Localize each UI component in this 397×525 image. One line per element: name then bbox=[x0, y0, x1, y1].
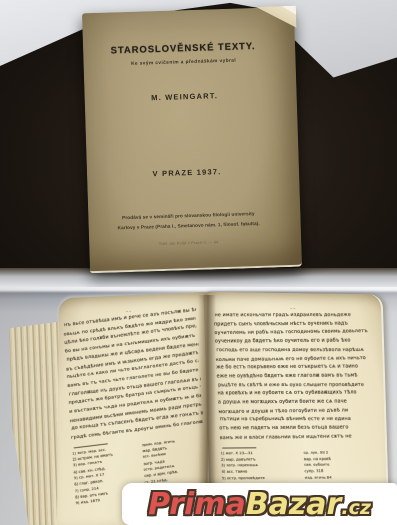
watermark-bazar: Bazar bbox=[246, 487, 342, 522]
watermark-prima: Prima bbox=[148, 487, 246, 522]
left-page-text: – – нъ вьсе отъвѣща имъ и рече се азъ по… bbox=[62, 300, 207, 507]
book-sale-note: Prodává se v semináři pro slovanskou fil… bbox=[82, 208, 294, 234]
watermark-cz: .cz bbox=[341, 497, 371, 519]
right-page-footnotes: 1) мат. X 23—312) мар. довълетъ3) зогр. … bbox=[220, 449, 381, 482]
text-line: еже не оувѣдѣно бѫдетъ еже глаголѭ вамъ … bbox=[217, 372, 376, 382]
listing-photo-collage: STAROSLOVĚNSKÉ TEXTY. Ke svým cvičením a… bbox=[0, 0, 397, 525]
text-line: пътици на съребрьницѣ вѣнимѣ есте и ни е… bbox=[220, 416, 379, 425]
book-subtitle: Ke svým cvičením a přednáškám vybral bbox=[78, 57, 290, 69]
book-title: STAROSLOVĚNSKÉ TEXTY. bbox=[77, 40, 289, 58]
text-line: оученикоу да бѫдетъ ѣко оучитель его и р… bbox=[215, 338, 374, 348]
footnote-line: изд. ягичь 84 bbox=[305, 474, 381, 481]
text-line: вамъ же и власи главьнии вьси ищьтени сѫ… bbox=[220, 433, 379, 444]
book-cover-photo: STAROSLOVĚNSKÉ TEXTY. Ke svým cvičením a… bbox=[0, 0, 397, 287]
left-page-body: нъ вьсе отъвѣща имъ и рече се азъ посълѭ… bbox=[63, 307, 203, 444]
right-page-body: не имате исконьчати градъ издраилевъ дон… bbox=[213, 311, 379, 443]
book-imprint: Tiskl Jan Kolář v Praze II. — 84. bbox=[83, 238, 295, 249]
right-page-text: – – не имате исконьчати градъ издраилевъ… bbox=[213, 304, 381, 481]
open-book-photo: – – нъ вьсе отъвѣща имъ и рече се азъ по… bbox=[0, 287, 397, 525]
footnote-line: 2) мар. довълетъ bbox=[221, 456, 297, 463]
book-place-year: V PRAZE 1937. bbox=[81, 165, 293, 181]
text-line: рьцѣте въ свѣтѣ и еже въ оухо слышите пр… bbox=[218, 382, 377, 391]
footnote-rule bbox=[222, 447, 256, 448]
book-cover: STAROSLOVĚNSKÉ TEXTY. Ke svým cvičením a… bbox=[82, 7, 302, 274]
text-line: кольми паче домашьнѧѩ его не оубоите сѧ … bbox=[216, 354, 375, 365]
footnote-line: 5) остр. проповѣдите bbox=[222, 475, 298, 482]
footnote-column: ср. лук. XII 2вар. на кровѣсав. оубоитес… bbox=[303, 449, 381, 481]
cover-text: STAROSLOVĚNSKÉ TEXTY. Ke svým cvičením a… bbox=[76, 7, 296, 272]
book-author: M. WEINGART. bbox=[79, 89, 291, 105]
footnote-column: 1) мат. X 23—312) мар. довълетъ3) зогр. … bbox=[220, 450, 298, 482]
text-line: не имате исконьчати градъ издраилевъ дон… bbox=[214, 312, 373, 321]
footnote-line: вар. на кровѣ bbox=[304, 455, 380, 462]
primabazar-watermark: PrimaBazar.cz bbox=[122, 483, 397, 525]
